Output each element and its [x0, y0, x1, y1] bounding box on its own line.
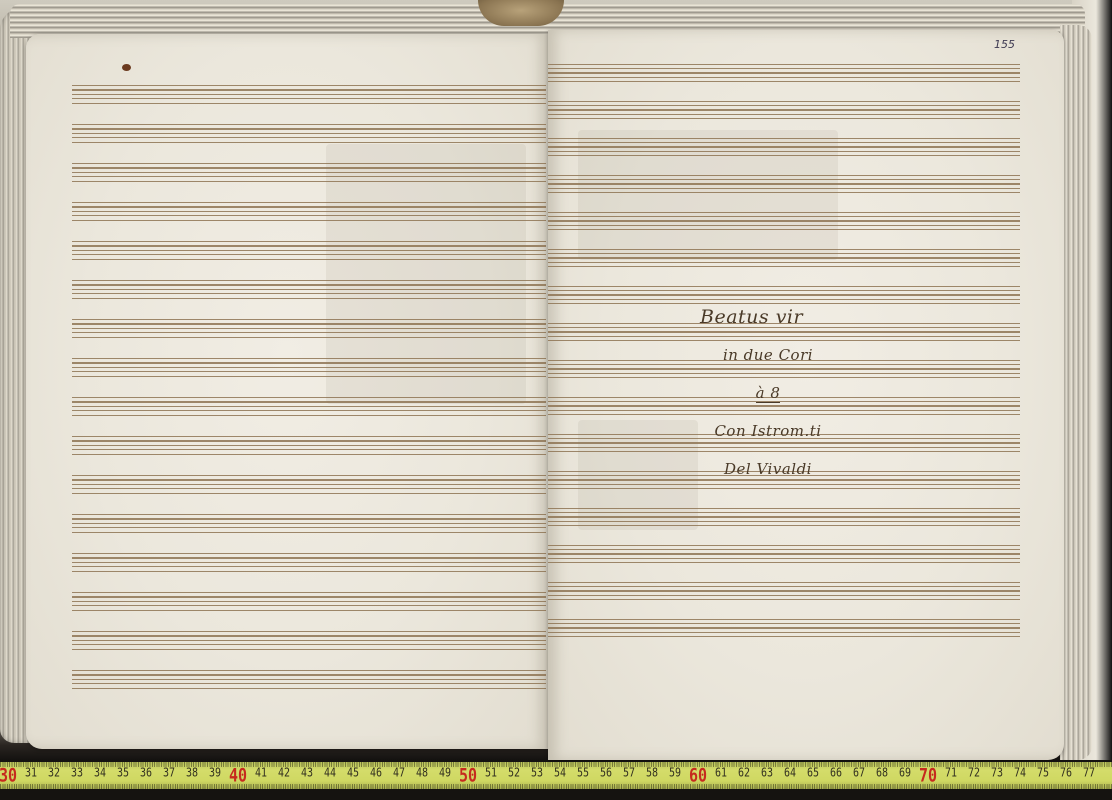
ruler-label: 77 — [1083, 767, 1095, 781]
ruler-label: 68 — [876, 767, 888, 781]
staff-line — [72, 103, 546, 104]
ruler-label: 38 — [186, 767, 198, 781]
ruler-label: 35 — [117, 767, 129, 781]
staff-line — [72, 683, 546, 684]
staff-line — [548, 294, 1020, 295]
ruler-label: 64 — [784, 767, 796, 781]
ruler-label: 47 — [393, 767, 405, 781]
staff-line — [72, 610, 546, 611]
staff-line — [72, 688, 546, 689]
staff-line — [72, 670, 546, 671]
staff-line — [548, 521, 1020, 522]
staff-line — [72, 518, 546, 519]
staff-line — [548, 627, 1020, 628]
staff-line — [72, 250, 546, 251]
staff-line — [548, 151, 1020, 152]
staff-line — [548, 590, 1020, 591]
staff-line — [72, 454, 546, 455]
staff-line — [72, 523, 546, 524]
staff-line — [72, 401, 546, 402]
ruler-label: 62 — [738, 767, 750, 781]
staff-line — [548, 249, 1020, 250]
staff-4 — [548, 175, 1020, 193]
staff-line — [72, 293, 546, 294]
staff-line — [72, 674, 546, 675]
staff-line — [72, 215, 546, 216]
staff-13 — [72, 553, 546, 571]
ruler-label: 43 — [301, 767, 313, 781]
staff-line — [72, 635, 546, 636]
staff-line — [72, 202, 546, 203]
staff-line — [548, 109, 1020, 110]
staff-line — [548, 81, 1020, 82]
staff-line — [72, 449, 546, 450]
staff-line — [72, 566, 546, 567]
staff-12 — [72, 514, 546, 532]
staff-line — [548, 179, 1020, 180]
ruler-label: 74 — [1014, 767, 1026, 781]
ruler-label: 45 — [347, 767, 359, 781]
staff-line — [72, 259, 546, 260]
staff-line — [72, 284, 546, 285]
staff-line — [72, 220, 546, 221]
staff-line — [72, 298, 546, 299]
staff-line — [72, 592, 546, 593]
staff-line — [548, 619, 1020, 620]
ruler-label: 53 — [531, 767, 543, 781]
staff-line — [548, 303, 1020, 304]
staff-6 — [72, 280, 546, 298]
staff-line — [548, 114, 1020, 115]
staff-line — [548, 229, 1020, 230]
ruler-label: 51 — [485, 767, 497, 781]
ink-stain — [122, 64, 131, 71]
ruler-label: 34 — [94, 767, 106, 781]
staff-line — [72, 124, 546, 125]
staff-line — [548, 636, 1020, 637]
ruler-label: 58 — [646, 767, 658, 781]
staff-line — [72, 323, 546, 324]
staff-line — [72, 176, 546, 177]
staff-line — [72, 128, 546, 129]
staff-line — [548, 142, 1020, 143]
staff-2 — [548, 101, 1020, 119]
ruler-label: 65 — [807, 767, 819, 781]
ruler-label: 72 — [968, 767, 980, 781]
staff-line — [548, 558, 1020, 559]
ruler-label: 76 — [1060, 767, 1072, 781]
staff-16 — [72, 670, 546, 688]
staff-line — [72, 337, 546, 338]
staff-line — [72, 445, 546, 446]
staff-7 — [548, 286, 1020, 304]
staff-line — [548, 516, 1020, 517]
staff-line — [72, 532, 546, 533]
left-page — [26, 34, 548, 749]
staff-line — [548, 68, 1020, 69]
staff-line — [72, 289, 546, 290]
ruler-label: 33 — [71, 767, 83, 781]
staff-15 — [72, 631, 546, 649]
staff-5 — [548, 212, 1020, 230]
binding-clasp — [478, 0, 564, 26]
staff-line — [72, 245, 546, 246]
staff-line — [72, 562, 546, 563]
staff-line — [72, 167, 546, 168]
staff-line — [72, 89, 546, 90]
staff-line — [72, 328, 546, 329]
staff-line — [72, 415, 546, 416]
staff-line — [72, 640, 546, 641]
staff-14 — [72, 592, 546, 610]
staff-line — [72, 241, 546, 242]
ruler-label: 49 — [439, 767, 451, 781]
staff-line — [548, 632, 1020, 633]
ruler-label: 71 — [945, 767, 957, 781]
staff-line — [548, 549, 1020, 550]
ruler-label: 46 — [370, 767, 382, 781]
staff-3 — [72, 163, 546, 181]
staff-line — [548, 545, 1020, 546]
staff-line — [72, 631, 546, 632]
staff-line — [72, 94, 546, 95]
staff-10 — [72, 436, 546, 454]
ruler-label: 59 — [669, 767, 681, 781]
staff-line — [72, 211, 546, 212]
ruler-label: 63 — [761, 767, 773, 781]
staff-5 — [72, 241, 546, 259]
ruler-label: 30 — [0, 764, 17, 787]
ruler-label: 41 — [255, 767, 267, 781]
staff-line — [548, 266, 1020, 267]
staff-line — [548, 212, 1020, 213]
staff-line — [72, 406, 546, 407]
staff-line — [72, 362, 546, 363]
staff-line — [72, 479, 546, 480]
staff-4 — [72, 202, 546, 220]
staff-1 — [548, 64, 1020, 82]
ruler-label: 70 — [919, 764, 937, 787]
staff-line — [548, 508, 1020, 509]
measuring-tape: 3031323334353637383940414243444546474849… — [0, 762, 1112, 789]
ruler-label: 73 — [991, 767, 1003, 781]
staff-line — [72, 571, 546, 572]
staff-16 — [548, 619, 1020, 637]
staff-7 — [72, 319, 546, 337]
staff-line — [548, 253, 1020, 254]
staff-line — [72, 484, 546, 485]
staff-line — [548, 138, 1020, 139]
staff-line — [72, 280, 546, 281]
ruler-label: 56 — [600, 767, 612, 781]
book-right-fore-edge — [1060, 25, 1092, 760]
staff-line — [548, 118, 1020, 119]
ruler-label: 32 — [48, 767, 60, 781]
staff-line — [548, 72, 1020, 73]
staff-line — [548, 562, 1020, 563]
staff-line — [72, 172, 546, 173]
ruler-label: 67 — [853, 767, 865, 781]
staff-line — [548, 175, 1020, 176]
title-line-2: in due Cori — [688, 346, 848, 364]
staff-14 — [548, 545, 1020, 563]
title-line-4: Con Istrom.ti — [688, 422, 848, 440]
staff-line — [72, 397, 546, 398]
ruler-label: 61 — [715, 767, 727, 781]
staff-line — [548, 188, 1020, 189]
staff-line — [72, 436, 546, 437]
ruler-label: 36 — [140, 767, 152, 781]
staff-line — [548, 257, 1020, 258]
ruler-label: 39 — [209, 767, 221, 781]
staff-line — [72, 376, 546, 377]
ruler-label: 69 — [899, 767, 911, 781]
ruler-label: 54 — [554, 767, 566, 781]
staff-line — [72, 367, 546, 368]
staff-line — [72, 596, 546, 597]
staff-line — [72, 319, 546, 320]
ruler-label: 40 — [229, 764, 247, 787]
staff-line — [548, 216, 1020, 217]
staff-line — [72, 605, 546, 606]
staff-line — [72, 254, 546, 255]
staff-15 — [548, 582, 1020, 600]
staff-line — [72, 181, 546, 182]
staff-line — [72, 488, 546, 489]
ruler-label: 37 — [163, 767, 175, 781]
staff-6 — [548, 249, 1020, 267]
folio-number: 155 — [994, 38, 1015, 51]
staff-line — [548, 595, 1020, 596]
ruler-label: 44 — [324, 767, 336, 781]
staff-line — [72, 133, 546, 134]
ruler-label: 60 — [689, 764, 707, 787]
staff-line — [548, 623, 1020, 624]
ruler-label: 31 — [25, 767, 37, 781]
staff-line — [72, 332, 546, 333]
ruler-label: 75 — [1037, 767, 1049, 781]
staff-line — [548, 105, 1020, 106]
staff-line — [548, 146, 1020, 147]
staff-line — [72, 644, 546, 645]
staff-line — [72, 679, 546, 680]
staff-line — [548, 586, 1020, 587]
staff-line — [72, 163, 546, 164]
staff-line — [72, 410, 546, 411]
staff-line — [548, 155, 1020, 156]
staff-line — [548, 582, 1020, 583]
staff-line — [548, 525, 1020, 526]
staff-line — [72, 206, 546, 207]
staff-13 — [548, 508, 1020, 526]
staff-2 — [72, 124, 546, 142]
staff-line — [72, 557, 546, 558]
ruler-label: 50 — [459, 764, 477, 787]
staff-line — [548, 553, 1020, 554]
staff-line — [548, 183, 1020, 184]
ruler-label: 48 — [416, 767, 428, 781]
staff-line — [72, 493, 546, 494]
staff-line — [548, 286, 1020, 287]
right-page: 155 Beatus vir in due Cori à 8 Con Istro… — [548, 30, 1064, 760]
ruler-label: 42 — [278, 767, 290, 781]
staff-line — [72, 98, 546, 99]
staff-line — [72, 514, 546, 515]
staff-line — [72, 358, 546, 359]
ruler-label: 57 — [623, 767, 635, 781]
staff-line — [72, 142, 546, 143]
staff-line — [548, 599, 1020, 600]
staff-line — [72, 85, 546, 86]
staff-line — [548, 77, 1020, 78]
staff-line — [548, 262, 1020, 263]
staff-line — [72, 475, 546, 476]
staff-line — [72, 440, 546, 441]
title-line-3-text: à 8 — [756, 384, 781, 403]
staff-line — [72, 649, 546, 650]
ruler-label: 66 — [830, 767, 842, 781]
staff-line — [548, 220, 1020, 221]
staff-line — [72, 371, 546, 372]
staff-line — [72, 601, 546, 602]
staff-9 — [72, 397, 546, 415]
staff-line — [548, 299, 1020, 300]
staff-1 — [72, 85, 546, 103]
staff-line — [72, 553, 546, 554]
title-line-1: Beatus vir — [688, 308, 848, 326]
title-line-3: à 8 — [688, 384, 848, 402]
staff-8 — [72, 358, 546, 376]
ruler-label: 55 — [577, 767, 589, 781]
dark-background-strip — [0, 789, 1112, 800]
staff-line — [72, 137, 546, 138]
staff-11 — [72, 475, 546, 493]
staff-line — [548, 64, 1020, 65]
title-line-5: Del Vivaldi — [688, 460, 848, 478]
staff-line — [548, 192, 1020, 193]
staff-line — [548, 225, 1020, 226]
ruler-label: 52 — [508, 767, 520, 781]
manuscript-title-block: Beatus vir in due Cori à 8 Con Istrom.ti… — [688, 308, 848, 498]
staff-line — [548, 101, 1020, 102]
staff-line — [548, 290, 1020, 291]
staff-line — [548, 512, 1020, 513]
staff-3 — [548, 138, 1020, 156]
staff-line — [72, 527, 546, 528]
